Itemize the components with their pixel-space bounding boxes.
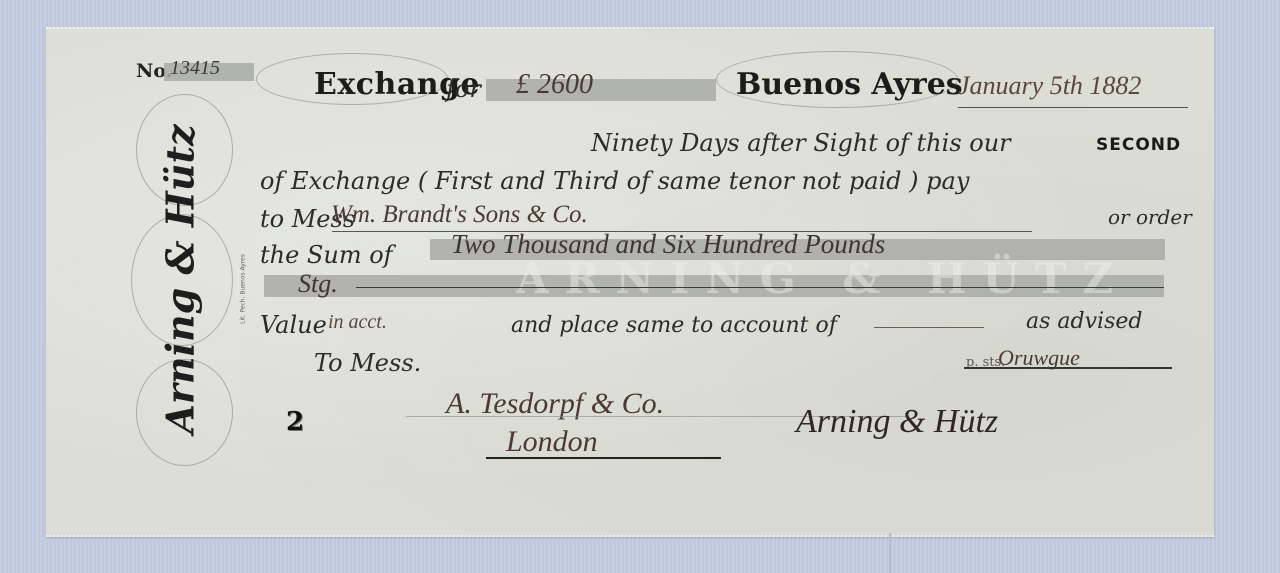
security-watermark: ARNING & HÜTZ bbox=[516, 254, 1129, 303]
bill-of-exchange: Arning & Hütz Lit. Pech, Buenos Ayres No… bbox=[46, 27, 1214, 537]
currency-sterling: Stg. bbox=[298, 269, 338, 299]
drawee-city: London bbox=[506, 425, 598, 459]
account-blank-dash bbox=[874, 327, 984, 328]
account-clause: and place same to account of bbox=[511, 313, 837, 338]
tenor-text: Ninety Days after Sight of this our bbox=[591, 129, 1011, 157]
drawee-label: To Mess. bbox=[314, 349, 421, 377]
drawee-city-underline bbox=[486, 457, 721, 459]
value-label: Value bbox=[260, 311, 327, 339]
sum-label: the Sum of bbox=[260, 241, 393, 269]
for-label: for bbox=[446, 75, 481, 103]
sum-underline bbox=[356, 287, 1164, 288]
date-underline bbox=[958, 107, 1188, 108]
issue-date: January 5th 1882 bbox=[958, 71, 1141, 101]
place-of-issue: Buenos Ayres bbox=[736, 67, 963, 102]
amount-value: £ 2600 bbox=[516, 69, 593, 101]
payee-name: Wm. Brandt's Sons & Co. bbox=[331, 201, 588, 229]
drawer-firm-name-vertical: Arning & Hütz bbox=[158, 124, 203, 433]
background-seam bbox=[889, 533, 891, 573]
value-received-in: in acct. bbox=[328, 311, 387, 334]
side-ornament-panel: Arning & Hütz bbox=[126, 94, 238, 464]
per-ship-underline bbox=[964, 367, 1172, 369]
drawer-signature: Arning & Hütz bbox=[796, 403, 998, 441]
copy-designation: SECOND bbox=[1096, 135, 1181, 155]
printer-imprint: Lit. Pech, Buenos Ayres bbox=[240, 254, 247, 324]
bill-number: 13415 bbox=[170, 57, 220, 80]
or-order-label: or order bbox=[1108, 205, 1192, 229]
copy-number: 2 bbox=[286, 407, 304, 437]
as-advised-label: as advised bbox=[1026, 309, 1142, 334]
sum-in-words: Two Thousand and Six Hundred Pounds bbox=[451, 229, 885, 260]
exchange-clause: of Exchange ( First and Third of same te… bbox=[260, 167, 969, 195]
